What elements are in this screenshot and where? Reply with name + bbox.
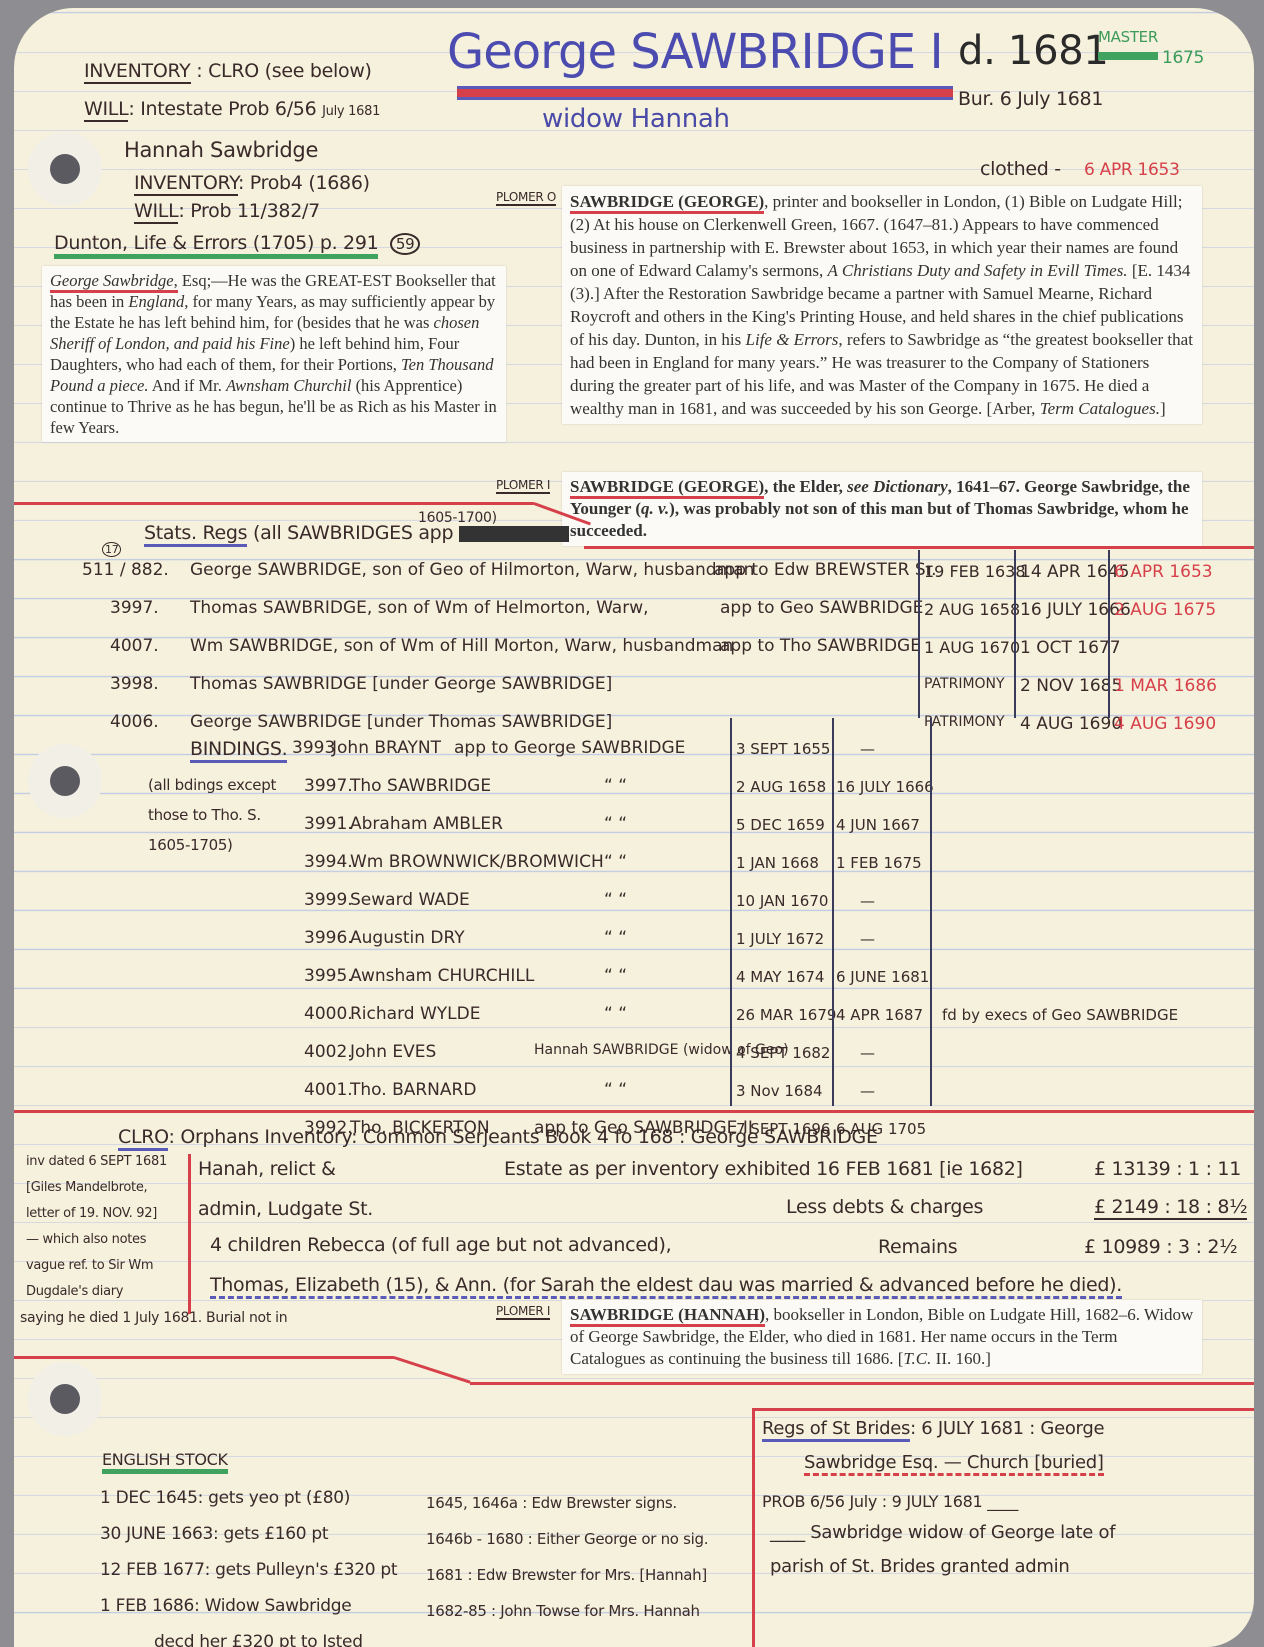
master-name: “ “ <box>604 966 627 986</box>
stats-regs-heading: Stats. Regs (all SAWBRIDGES app <box>144 522 569 544</box>
stats-regs-range: 1605-1700) <box>418 510 497 526</box>
column-divider <box>730 718 732 1106</box>
clothed-date: 6 APR 1653 <box>1084 160 1180 180</box>
master-name: “ “ <box>604 928 627 948</box>
binding-number: 4002. <box>304 1042 353 1062</box>
clothed-date: 6 APR 1653 <box>1114 562 1213 582</box>
apprentice-name: Augustin DRY <box>350 928 465 948</box>
hannah-name: Hannah Sawbridge <box>124 138 318 162</box>
bound-date: 19 FEB 1638 <box>924 562 1026 581</box>
master-name: “ “ <box>604 776 627 796</box>
master-name: “ “ <box>604 814 627 834</box>
bound-date: 10 JAN 1670 <box>736 892 828 910</box>
section-divider <box>14 1110 1254 1113</box>
apprentice-name: Seward WADE <box>350 890 470 910</box>
freed-date: 1 OCT 1677 <box>1020 638 1121 658</box>
stock-entry: 30 JUNE 1663: gets £160 pt <box>100 1524 328 1544</box>
freed-date: 14 APR 1645 <box>1020 562 1129 582</box>
estate-value: £ 13139 : 1 : 11 <box>1094 1158 1241 1180</box>
bound-date: 3 SEPT 1655 <box>736 740 830 758</box>
prob-line: PROB 6/56 July : 9 JULY 1681 ____ <box>762 1492 1018 1511</box>
margin-line <box>188 1154 191 1314</box>
apprentice-name: Richard WYLDE <box>350 1004 480 1024</box>
inventory-line: INVENTORY : CLRO (see below) <box>84 60 372 82</box>
clothed-date: 1 MAR 1686 <box>1114 676 1217 696</box>
binding-number: 4001. <box>304 1080 353 1100</box>
master-name: “ “ <box>604 852 627 872</box>
debts-value: £ 2149 : 18 : 8½ <box>1094 1196 1247 1220</box>
binding-number: 3995. <box>304 966 353 986</box>
apprentice-name: John EVES <box>350 1042 436 1062</box>
entry-text: George SAWBRIDGE, son of Geo of Hilmorto… <box>190 560 754 580</box>
freed-date: 16 JULY 1666 <box>836 778 934 796</box>
plomer-label: PLOMER I <box>496 1304 550 1318</box>
will-line: WILL: Intestate Prob 6/56 July 1681 <box>84 98 380 120</box>
binding-number: 3999. <box>304 890 353 910</box>
entry-number: 3997. <box>110 598 159 618</box>
signature-entry: 1646b - 1680 : Either George or no sig. <box>426 1530 708 1548</box>
page-title: George SAWBRIDGE I <box>447 24 943 80</box>
freed-date: 4 AUG 1690 <box>1020 714 1122 734</box>
bound-date: PATRIMONY <box>924 714 1005 730</box>
punch-hole <box>50 766 80 796</box>
master-label: MASTER <box>1098 28 1158 46</box>
freed-date: 1 FEB 1675 <box>836 854 922 872</box>
column-divider <box>1108 550 1110 718</box>
margin-note-line: letter of 19. NOV. 92] <box>26 1206 157 1221</box>
section-divider <box>394 1356 471 1384</box>
plomer-dictionary-entry: SAWBRIDGE (GEORGE), printer and booksell… <box>562 186 1202 424</box>
bound-date: 3 Nov 1684 <box>736 1082 823 1100</box>
hannah-inventory: INVENTORY: Prob4 (1686) <box>134 172 370 194</box>
stock-entry: 1 DEC 1645: gets yeo pt (£80) <box>100 1488 350 1508</box>
bindings-note-line: 1605-1705) <box>148 836 233 854</box>
debts-label: Less debts & charges <box>786 1196 983 1218</box>
remains-label: Remains <box>878 1236 957 1258</box>
bound-date: 26 MAR 1679 <box>736 1006 836 1024</box>
master-year: 1675 <box>1162 48 1204 68</box>
freed-date: 2 NOV 1685 <box>1020 676 1122 696</box>
estate-label: Estate as per inventory exhibited 16 FEB… <box>504 1158 1023 1180</box>
bindings-heading: BINDINGS. <box>190 738 287 760</box>
bound-date: 2 AUG 1658 <box>924 600 1020 619</box>
margin-note-line: [Giles Mandelbrote, <box>26 1180 147 1195</box>
master-name: “ “ <box>604 890 627 910</box>
english-stock-heading: ENGLISH STOCK <box>102 1450 228 1469</box>
freed-date: — <box>860 1082 875 1100</box>
margin-note-line: saying he died 1 July 1681. Burial not i… <box>20 1310 287 1326</box>
index-card: George SAWBRIDGE I d. 1681 MASTER 1675 w… <box>14 8 1254 1647</box>
column-divider <box>1014 550 1016 718</box>
bindings-note-line: those to Tho. S. <box>148 806 261 824</box>
stock-entry: decd her £320 pt to Isted <box>154 1632 363 1647</box>
freed-date: — <box>860 740 875 758</box>
apprentice-to: app to Geo SAWBRIDGE <box>720 598 923 618</box>
entry-number: 3998. <box>110 674 159 694</box>
clro-line: CLRO: Orphans Inventory: Common Serjeant… <box>118 1126 878 1148</box>
entry-text: Thomas SAWBRIDGE, son of Wm of Helmorton… <box>190 598 649 618</box>
binding-note: fd by execs of Geo SAWBRIDGE <box>942 1006 1178 1024</box>
section-divider <box>752 1408 1254 1411</box>
signature-entry: 1682-85 : John Towse for Mrs. Hannah <box>426 1602 700 1620</box>
dunton-reference: Dunton, Life & Errors (1705) p. 291 59 <box>54 232 420 254</box>
binding-number: 3997. <box>304 776 353 796</box>
bound-date: 5 DEC 1659 <box>736 816 825 834</box>
stock-entry: 1 FEB 1686: Widow Sawbridge <box>100 1596 351 1616</box>
master-name: “ “ <box>604 1004 627 1024</box>
column-divider <box>930 718 932 1106</box>
apprentice-name: Abraham AMBLER <box>350 814 503 834</box>
burial-date: Bur. 6 July 1681 <box>958 88 1103 110</box>
apprentice-name: Awnsham CHURCHILL <box>350 966 534 986</box>
clothed-label: clothed - <box>980 158 1061 180</box>
freed-date: — <box>860 930 875 948</box>
dunton-clipping: George Sawbridge, Esq;—He was the GREAT-… <box>42 266 506 442</box>
apprentice-to: app to Edw BREWSTER Sr. <box>714 560 937 580</box>
prob-line-2: ____ Sawbridge widow of George late of <box>770 1522 1115 1543</box>
freed-date: — <box>860 892 875 910</box>
circle-note: 17 <box>102 542 121 557</box>
bindings-note-line: (all bdings except <box>148 776 276 794</box>
column-divider <box>832 718 834 1106</box>
binding-number: 3994. <box>304 852 353 872</box>
apprentice-to: app to Tho SAWBRIDGE <box>720 636 921 656</box>
apprentice-name: Tho SAWBRIDGE <box>350 776 491 796</box>
title-underline <box>457 86 953 100</box>
section-divider <box>14 1356 394 1359</box>
apprentice-name: Tho. BARNARD <box>350 1080 476 1100</box>
margin-note-line: inv dated 6 SEPT 1681 <box>26 1154 167 1169</box>
death-year: d. 1681 <box>958 28 1109 74</box>
entry-number: 511 / 882. <box>82 560 169 580</box>
apprentice-name: Wm BROWNWICK/BROMWICH <box>350 852 604 872</box>
punch-hole <box>50 1384 80 1414</box>
clothed-date: 2 AUG 1675 <box>1114 600 1216 620</box>
bound-date: 1 AUG 1670 <box>924 638 1020 657</box>
master-name: “ “ <box>604 1080 627 1100</box>
bound-date: 1 JAN 1668 <box>736 854 819 872</box>
section-divider <box>14 502 534 505</box>
entry-number: 4007. <box>110 636 159 656</box>
hannah-admin: admin, Ludgate St. <box>198 1198 373 1220</box>
plomer-label: PLOMER I <box>496 478 550 492</box>
entry-text: Thomas SAWBRIDGE [under George SAWBRIDGE… <box>190 674 612 694</box>
freed-date: 4 APR 1687 <box>836 1006 923 1024</box>
st-brides-line-2: Sawbridge Esq. — Church [buried] <box>804 1452 1104 1476</box>
bound-date: 4 SEPT 1682 <box>736 1044 830 1062</box>
bound-date: PATRIMONY <box>924 676 1005 692</box>
hannah-will: WILL: Prob 11/382/7 <box>134 200 320 222</box>
margin-note-line: Dugdale's diary <box>26 1284 123 1299</box>
freed-date: 6 JUNE 1681 <box>836 968 929 986</box>
plomer-label: PLOMER O <box>496 190 556 204</box>
freed-date: 4 JUN 1667 <box>836 816 920 834</box>
plomer-elder-entry: SAWBRIDGE (GEORGE), the Elder, see Dicti… <box>562 472 1202 546</box>
signature-entry: 1681 : Edw Brewster for Mrs. [Hannah] <box>426 1566 707 1584</box>
entry-text: George SAWBRIDGE [under Thomas SAWBRIDGE… <box>190 712 612 732</box>
children-line-2: Thomas, Elizabeth (15), & Ann. (for Sara… <box>210 1274 1122 1299</box>
plomer-hannah-entry: SAWBRIDGE (HANNAH), bookseller in London… <box>562 1300 1202 1374</box>
bound-date: 1 JULY 1672 <box>736 930 824 948</box>
bound-date: 2 AUG 1658 <box>736 778 826 796</box>
prob-line-3: parish of St. Brides granted admin <box>770 1556 1069 1577</box>
binding-number: 3991. <box>304 814 353 834</box>
freed-date: — <box>860 1044 875 1062</box>
signature-entry: 1645, 1646a : Edw Brewster signs. <box>426 1494 677 1512</box>
subtitle: widow Hannah <box>542 104 730 134</box>
stock-entry: 12 FEB 1677: gets Pulleyn's £320 pt <box>100 1560 397 1580</box>
st-brides-line-1: Regs of St Brides: 6 JULY 1681 : George <box>762 1418 1104 1439</box>
entry-number: 4006. <box>110 712 159 732</box>
bound-date: 4 MAY 1674 <box>736 968 824 986</box>
margin-note-line: — which also notes <box>26 1232 146 1247</box>
section-divider <box>470 1382 1254 1385</box>
binding-number: 3996. <box>304 928 353 948</box>
column-divider <box>918 550 920 718</box>
margin-note-line: vague ref. to Sir Wm <box>26 1258 153 1273</box>
binding-number: 4000. <box>304 1004 353 1024</box>
clothed-date: 4 AUG 1690 <box>1114 714 1216 734</box>
margin-line <box>752 1410 755 1647</box>
apprentice-name: John BRAYNT <box>332 738 441 758</box>
hannah-relict: Hanah, relict & <box>198 1158 336 1180</box>
remains-value: £ 10989 : 3 : 2½ <box>1084 1236 1237 1258</box>
master-name: app to George SAWBRIDGE <box>454 738 685 758</box>
children-line: 4 children Rebecca (of full age but not … <box>210 1234 671 1256</box>
redacted-mark <box>1098 52 1158 60</box>
punch-hole <box>50 154 80 184</box>
section-divider <box>584 546 1254 549</box>
binding-number: 3993 <box>292 738 335 758</box>
entry-text: Wm SAWBRIDGE, son of Wm of Hill Morton, … <box>190 636 733 656</box>
